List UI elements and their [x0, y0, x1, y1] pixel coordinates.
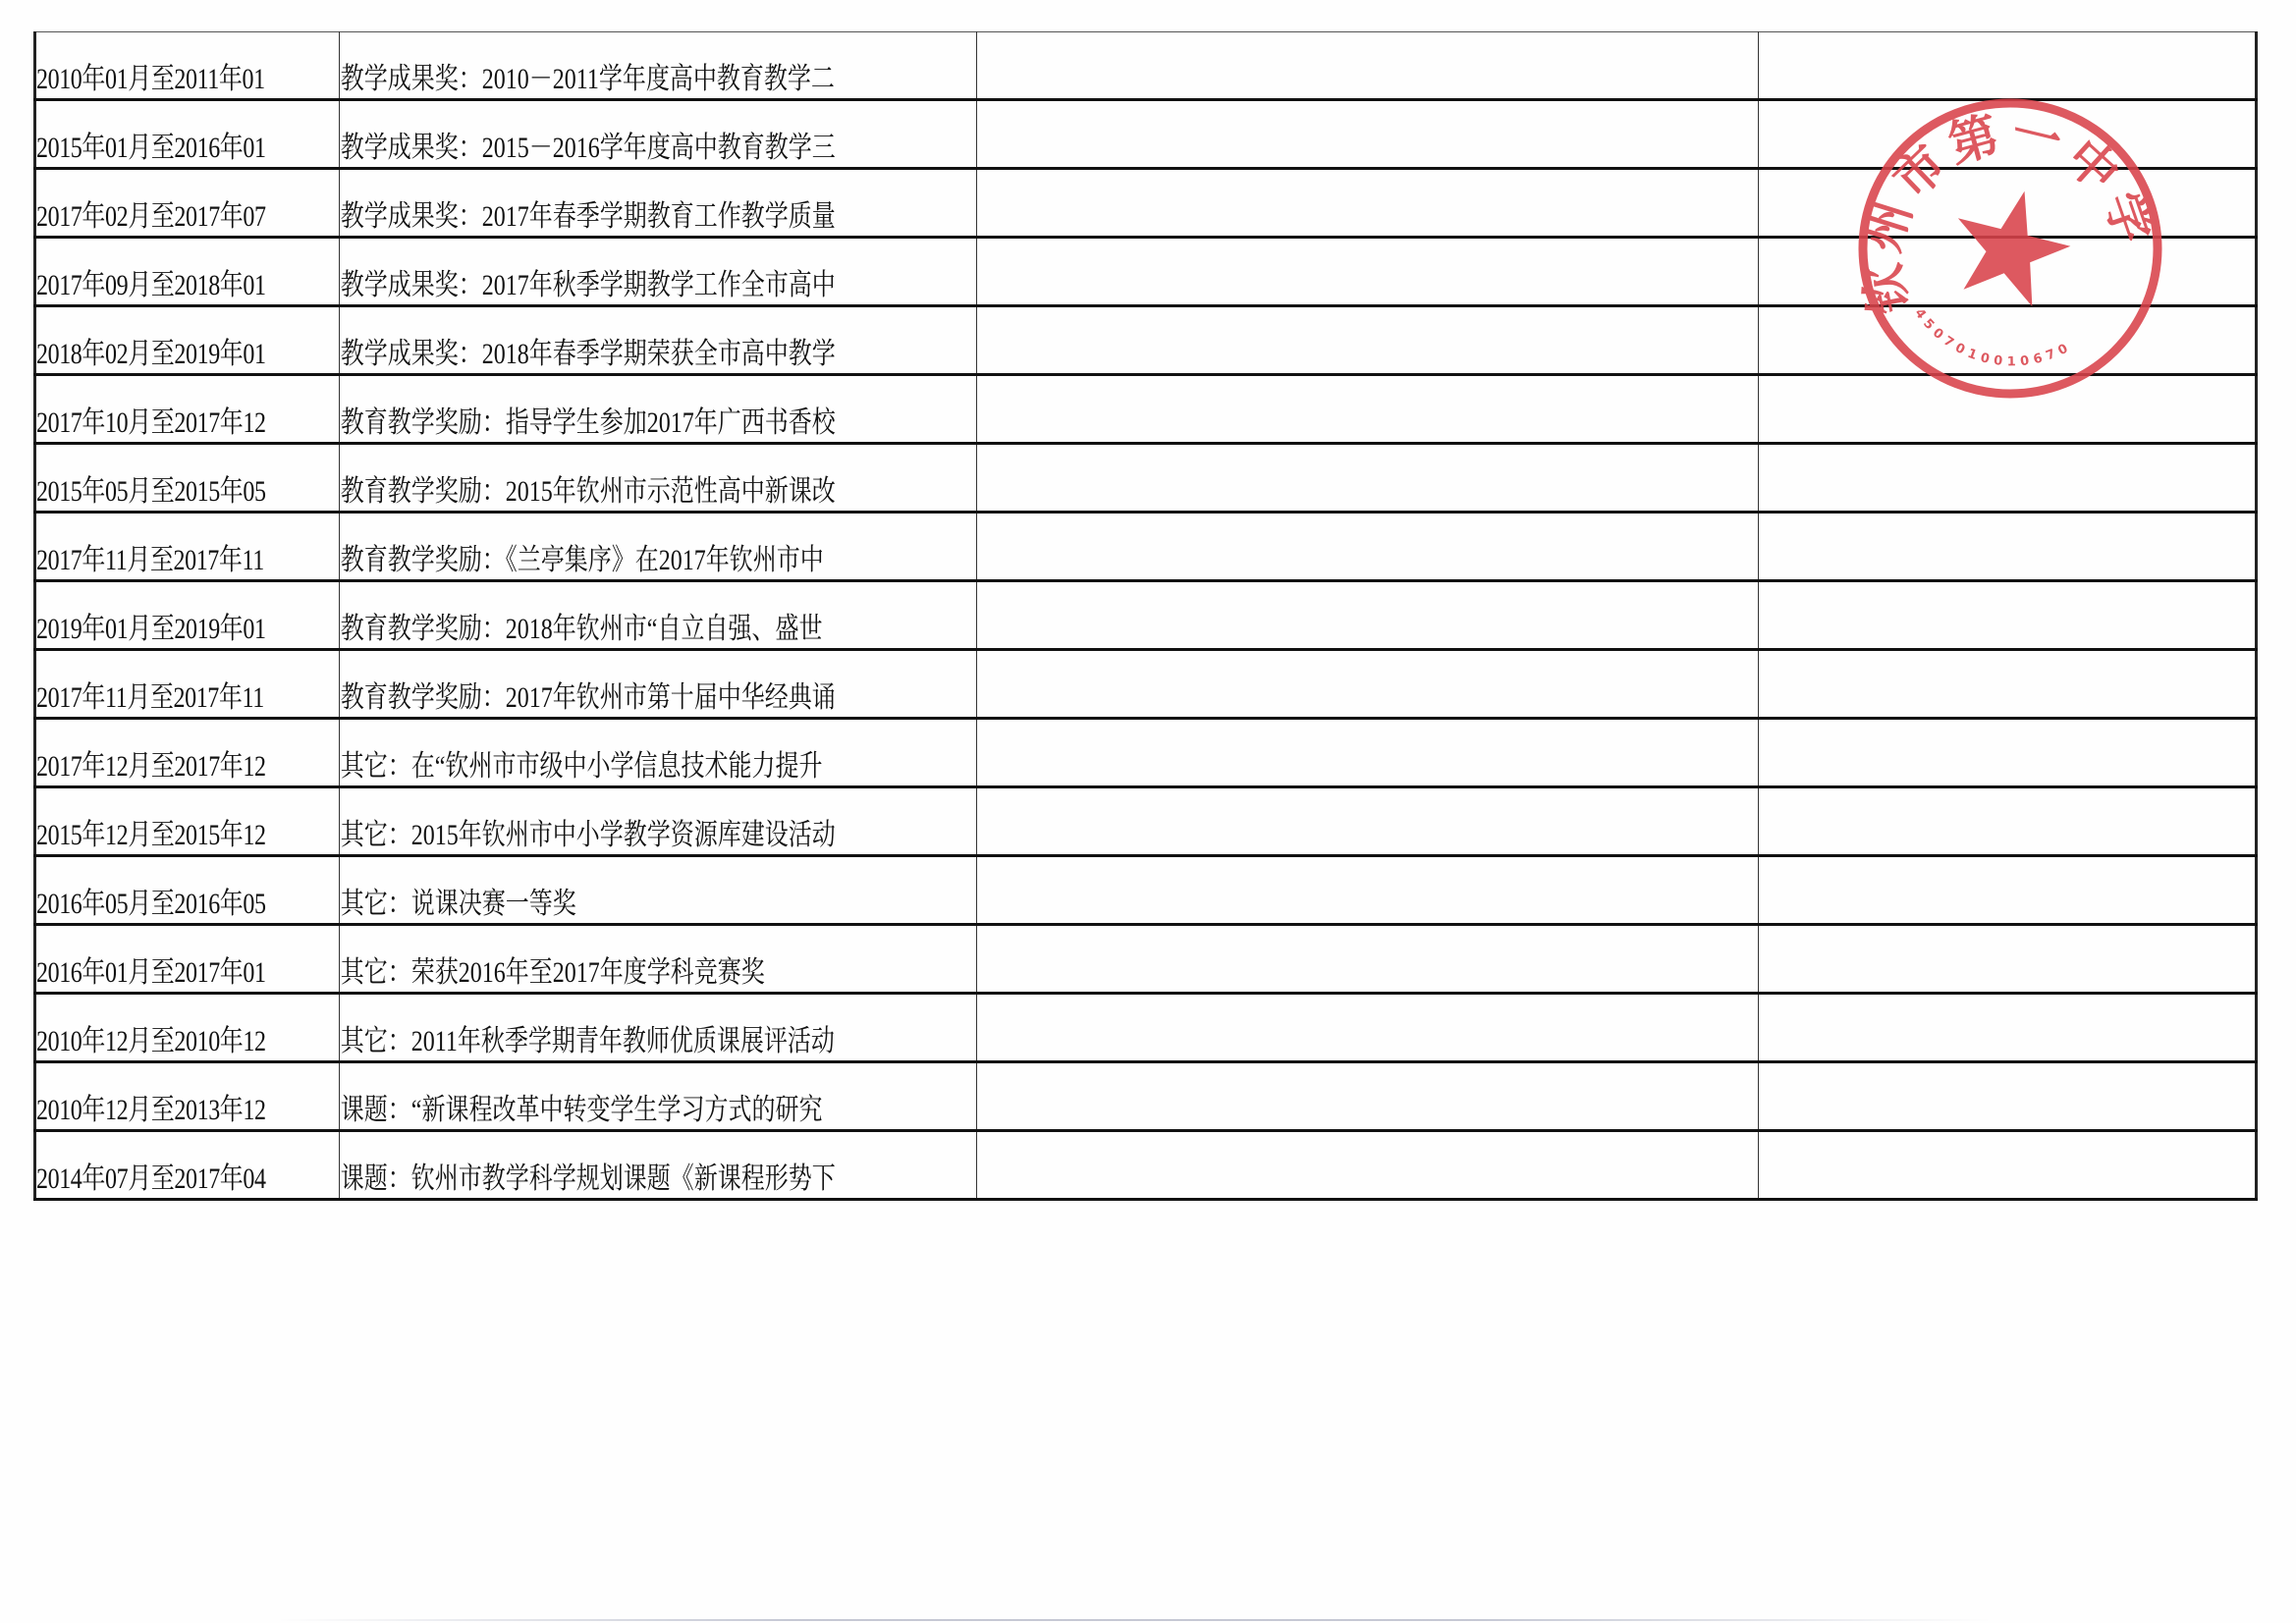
table-row: 2014年07月至2017年04课题：钦州市教学科学规划课题《新课程形势下 [35, 1131, 2257, 1200]
blank-cell [1759, 856, 2257, 925]
description-cell-text: 教学成果奖：2015－2016学年度高中教育教学三 [340, 132, 836, 167]
blank-cell [1759, 32, 2257, 100]
period-cell: 2019年01月至2019年01 [35, 581, 340, 650]
period-cell: 2017年12月至2017年12 [35, 719, 340, 787]
period-cell: 2017年09月至2018年01 [35, 238, 340, 306]
description-cell-text: 课题：钦州市教学科学规划课题《新课程形势下 [340, 1163, 836, 1198]
description-cell-text: 教学成果奖：2010－2011学年度高中教育教学二 [340, 63, 835, 98]
table-row: 2015年05月至2015年05教育教学奖励：2015年钦州市示范性高中新课改 [35, 444, 2257, 513]
period-cell-text: 2017年09月至2018年01 [36, 269, 266, 304]
table-row: 2017年09月至2018年01教学成果奖：2017年秋季学期教学工作全市高中 [35, 238, 2257, 306]
records-table: 2010年01月至2011年01教学成果奖：2010－2011学年度高中教育教学… [33, 31, 2258, 1201]
blank-cell [977, 994, 1759, 1062]
records-table-body: 2010年01月至2011年01教学成果奖：2010－2011学年度高中教育教学… [35, 32, 2257, 1200]
period-cell-text: 2015年01月至2016年01 [36, 132, 266, 167]
description-cell-text: 教育教学奖励：2018年钦州市“自立自强、盛世 [340, 613, 822, 648]
period-cell-text: 2016年05月至2016年05 [36, 888, 266, 923]
period-cell-text: 2015年12月至2015年12 [36, 819, 266, 854]
table-row: 2017年02月至2017年07教学成果奖：2017年春季学期教育工作教学质量 [35, 169, 2257, 238]
period-cell-text: 2017年10月至2017年12 [36, 406, 266, 442]
period-cell-text: 2010年12月至2010年12 [36, 1025, 266, 1060]
blank-cell [1759, 650, 2257, 719]
period-cell-text: 2014年07月至2017年04 [36, 1163, 266, 1198]
blank-cell [977, 306, 1759, 375]
period-cell-text: 2017年11月至2017年11 [36, 544, 264, 579]
blank-cell [1759, 169, 2257, 238]
description-cell: 教学成果奖：2017年春季学期教育工作教学质量 [340, 169, 977, 238]
description-cell: 其它：2011年秋季学期青年教师优质课展评活动 [340, 994, 977, 1062]
description-cell-text: 教育教学奖励：2015年钦州市示范性高中新课改 [340, 475, 836, 511]
blank-cell [977, 650, 1759, 719]
blank-cell [977, 1131, 1759, 1200]
description-cell: 其它：在“钦州市市级中小学信息技术能力提升 [340, 719, 977, 787]
description-cell: 教育教学奖励：2017年钦州市第十届中华经典诵 [340, 650, 977, 719]
blank-cell [1759, 375, 2257, 444]
description-cell-text: 其它：荣获2016年至2017年度学科竞赛奖 [340, 956, 765, 992]
description-cell-text: 教育教学奖励：指导学生参加2017年广西书香校 [340, 406, 836, 442]
description-cell: 教学成果奖：2018年春季学期荣获全市高中教学 [340, 306, 977, 375]
description-cell-text: 教学成果奖：2018年春季学期荣获全市高中教学 [340, 338, 836, 373]
scanned-document-page: 2010年01月至2011年01教学成果奖：2010－2011学年度高中教育教学… [0, 0, 2296, 1623]
period-cell: 2015年01月至2016年01 [35, 100, 340, 169]
description-cell: 课题：“新课程改革中转变学生学习方式的研究 [340, 1062, 977, 1131]
description-cell-text: 其它：2011年秋季学期青年教师优质课展评活动 [340, 1025, 835, 1060]
period-cell: 2010年01月至2011年01 [35, 32, 340, 100]
period-cell-text: 2017年12月至2017年12 [36, 750, 266, 785]
blank-cell [977, 787, 1759, 856]
description-cell-text: 其它：说课决赛一等奖 [340, 888, 576, 923]
description-cell: 教育教学奖励：指导学生参加2017年广西书香校 [340, 375, 977, 444]
table-row: 2010年12月至2010年12其它：2011年秋季学期青年教师优质课展评活动 [35, 994, 2257, 1062]
period-cell: 2017年11月至2017年11 [35, 650, 340, 719]
table-row: 2017年11月至2017年11教育教学奖励：2017年钦州市第十届中华经典诵 [35, 650, 2257, 719]
period-cell-text: 2017年11月至2017年11 [36, 681, 264, 717]
blank-cell [1759, 925, 2257, 994]
description-cell: 教学成果奖：2010－2011学年度高中教育教学二 [340, 32, 977, 100]
blank-cell [1759, 994, 2257, 1062]
description-cell-text: 教学成果奖：2017年秋季学期教学工作全市高中 [340, 269, 836, 304]
table-row: 2019年01月至2019年01教育教学奖励：2018年钦州市“自立自强、盛世 [35, 581, 2257, 650]
table-row: 2018年02月至2019年01教学成果奖：2018年春季学期荣获全市高中教学 [35, 306, 2257, 375]
table-row: 2015年12月至2015年12其它：2015年钦州市中小学教学资源库建设活动 [35, 787, 2257, 856]
blank-cell [977, 169, 1759, 238]
period-cell: 2017年11月至2017年11 [35, 513, 340, 581]
table-row: 2010年12月至2013年12课题：“新课程改革中转变学生学习方式的研究 [35, 1062, 2257, 1131]
blank-cell [1759, 513, 2257, 581]
description-cell-text: 教育教学奖励：2017年钦州市第十届中华经典诵 [340, 681, 836, 717]
blank-cell [1759, 1131, 2257, 1200]
period-cell: 2016年05月至2016年05 [35, 856, 340, 925]
table-row: 2015年01月至2016年01教学成果奖：2015－2016学年度高中教育教学… [35, 100, 2257, 169]
blank-cell [1759, 238, 2257, 306]
blank-cell [1759, 100, 2257, 169]
period-cell: 2014年07月至2017年04 [35, 1131, 340, 1200]
period-cell-text: 2010年01月至2011年01 [36, 63, 265, 98]
description-cell-text: 教学成果奖：2017年春季学期教育工作教学质量 [340, 200, 836, 236]
description-cell-text: 其它：在“钦州市市级中小学信息技术能力提升 [340, 750, 822, 785]
description-cell: 教学成果奖：2015－2016学年度高中教育教学三 [340, 100, 977, 169]
period-cell-text: 2015年05月至2015年05 [36, 475, 266, 511]
blank-cell [1759, 444, 2257, 513]
period-cell: 2018年02月至2019年01 [35, 306, 340, 375]
blank-cell [1759, 787, 2257, 856]
period-cell: 2015年05月至2015年05 [35, 444, 340, 513]
blank-cell [977, 1062, 1759, 1131]
period-cell: 2017年10月至2017年12 [35, 375, 340, 444]
table-row: 2017年12月至2017年12其它：在“钦州市市级中小学信息技术能力提升 [35, 719, 2257, 787]
period-cell: 2015年12月至2015年12 [35, 787, 340, 856]
blank-cell [1759, 581, 2257, 650]
description-cell: 教育教学奖励：2018年钦州市“自立自强、盛世 [340, 581, 977, 650]
blank-cell [977, 100, 1759, 169]
period-cell-text: 2017年02月至2017年07 [36, 200, 266, 236]
description-cell: 其它：荣获2016年至2017年度学科竞赛奖 [340, 925, 977, 994]
blank-cell [977, 925, 1759, 994]
scanner-artifact-line [275, 1619, 1994, 1621]
description-cell: 课题：钦州市教学科学规划课题《新课程形势下 [340, 1131, 977, 1200]
description-cell-text: 课题：“新课程改革中转变学生学习方式的研究 [340, 1094, 822, 1129]
period-cell: 2010年12月至2013年12 [35, 1062, 340, 1131]
period-cell: 2017年02月至2017年07 [35, 169, 340, 238]
description-cell-text: 教育教学奖励：《兰亭集序》在2017年钦州市中 [340, 544, 824, 579]
blank-cell [977, 513, 1759, 581]
description-cell: 教学成果奖：2017年秋季学期教学工作全市高中 [340, 238, 977, 306]
blank-cell [977, 444, 1759, 513]
description-cell-text: 其它：2015年钦州市中小学教学资源库建设活动 [340, 819, 836, 854]
period-cell: 2016年01月至2017年01 [35, 925, 340, 994]
period-cell: 2010年12月至2010年12 [35, 994, 340, 1062]
blank-cell [977, 581, 1759, 650]
table-row: 2016年01月至2017年01其它：荣获2016年至2017年度学科竞赛奖 [35, 925, 2257, 994]
period-cell-text: 2010年12月至2013年12 [36, 1094, 266, 1129]
description-cell: 教育教学奖励：《兰亭集序》在2017年钦州市中 [340, 513, 977, 581]
period-cell-text: 2018年02月至2019年01 [36, 338, 266, 373]
table-row: 2016年05月至2016年05其它：说课决赛一等奖 [35, 856, 2257, 925]
blank-cell [977, 719, 1759, 787]
description-cell: 其它：2015年钦州市中小学教学资源库建设活动 [340, 787, 977, 856]
blank-cell [977, 238, 1759, 306]
description-cell: 教育教学奖励：2015年钦州市示范性高中新课改 [340, 444, 977, 513]
blank-cell [1759, 1062, 2257, 1131]
period-cell-text: 2019年01月至2019年01 [36, 613, 266, 648]
period-cell-text: 2016年01月至2017年01 [36, 956, 266, 992]
blank-cell [977, 856, 1759, 925]
blank-cell [1759, 306, 2257, 375]
table-row: 2010年01月至2011年01教学成果奖：2010－2011学年度高中教育教学… [35, 32, 2257, 100]
blank-cell [977, 375, 1759, 444]
table-row: 2017年11月至2017年11教育教学奖励：《兰亭集序》在2017年钦州市中 [35, 513, 2257, 581]
table-row: 2017年10月至2017年12教育教学奖励：指导学生参加2017年广西书香校 [35, 375, 2257, 444]
blank-cell [1759, 719, 2257, 787]
blank-cell [977, 32, 1759, 100]
description-cell: 其它：说课决赛一等奖 [340, 856, 977, 925]
